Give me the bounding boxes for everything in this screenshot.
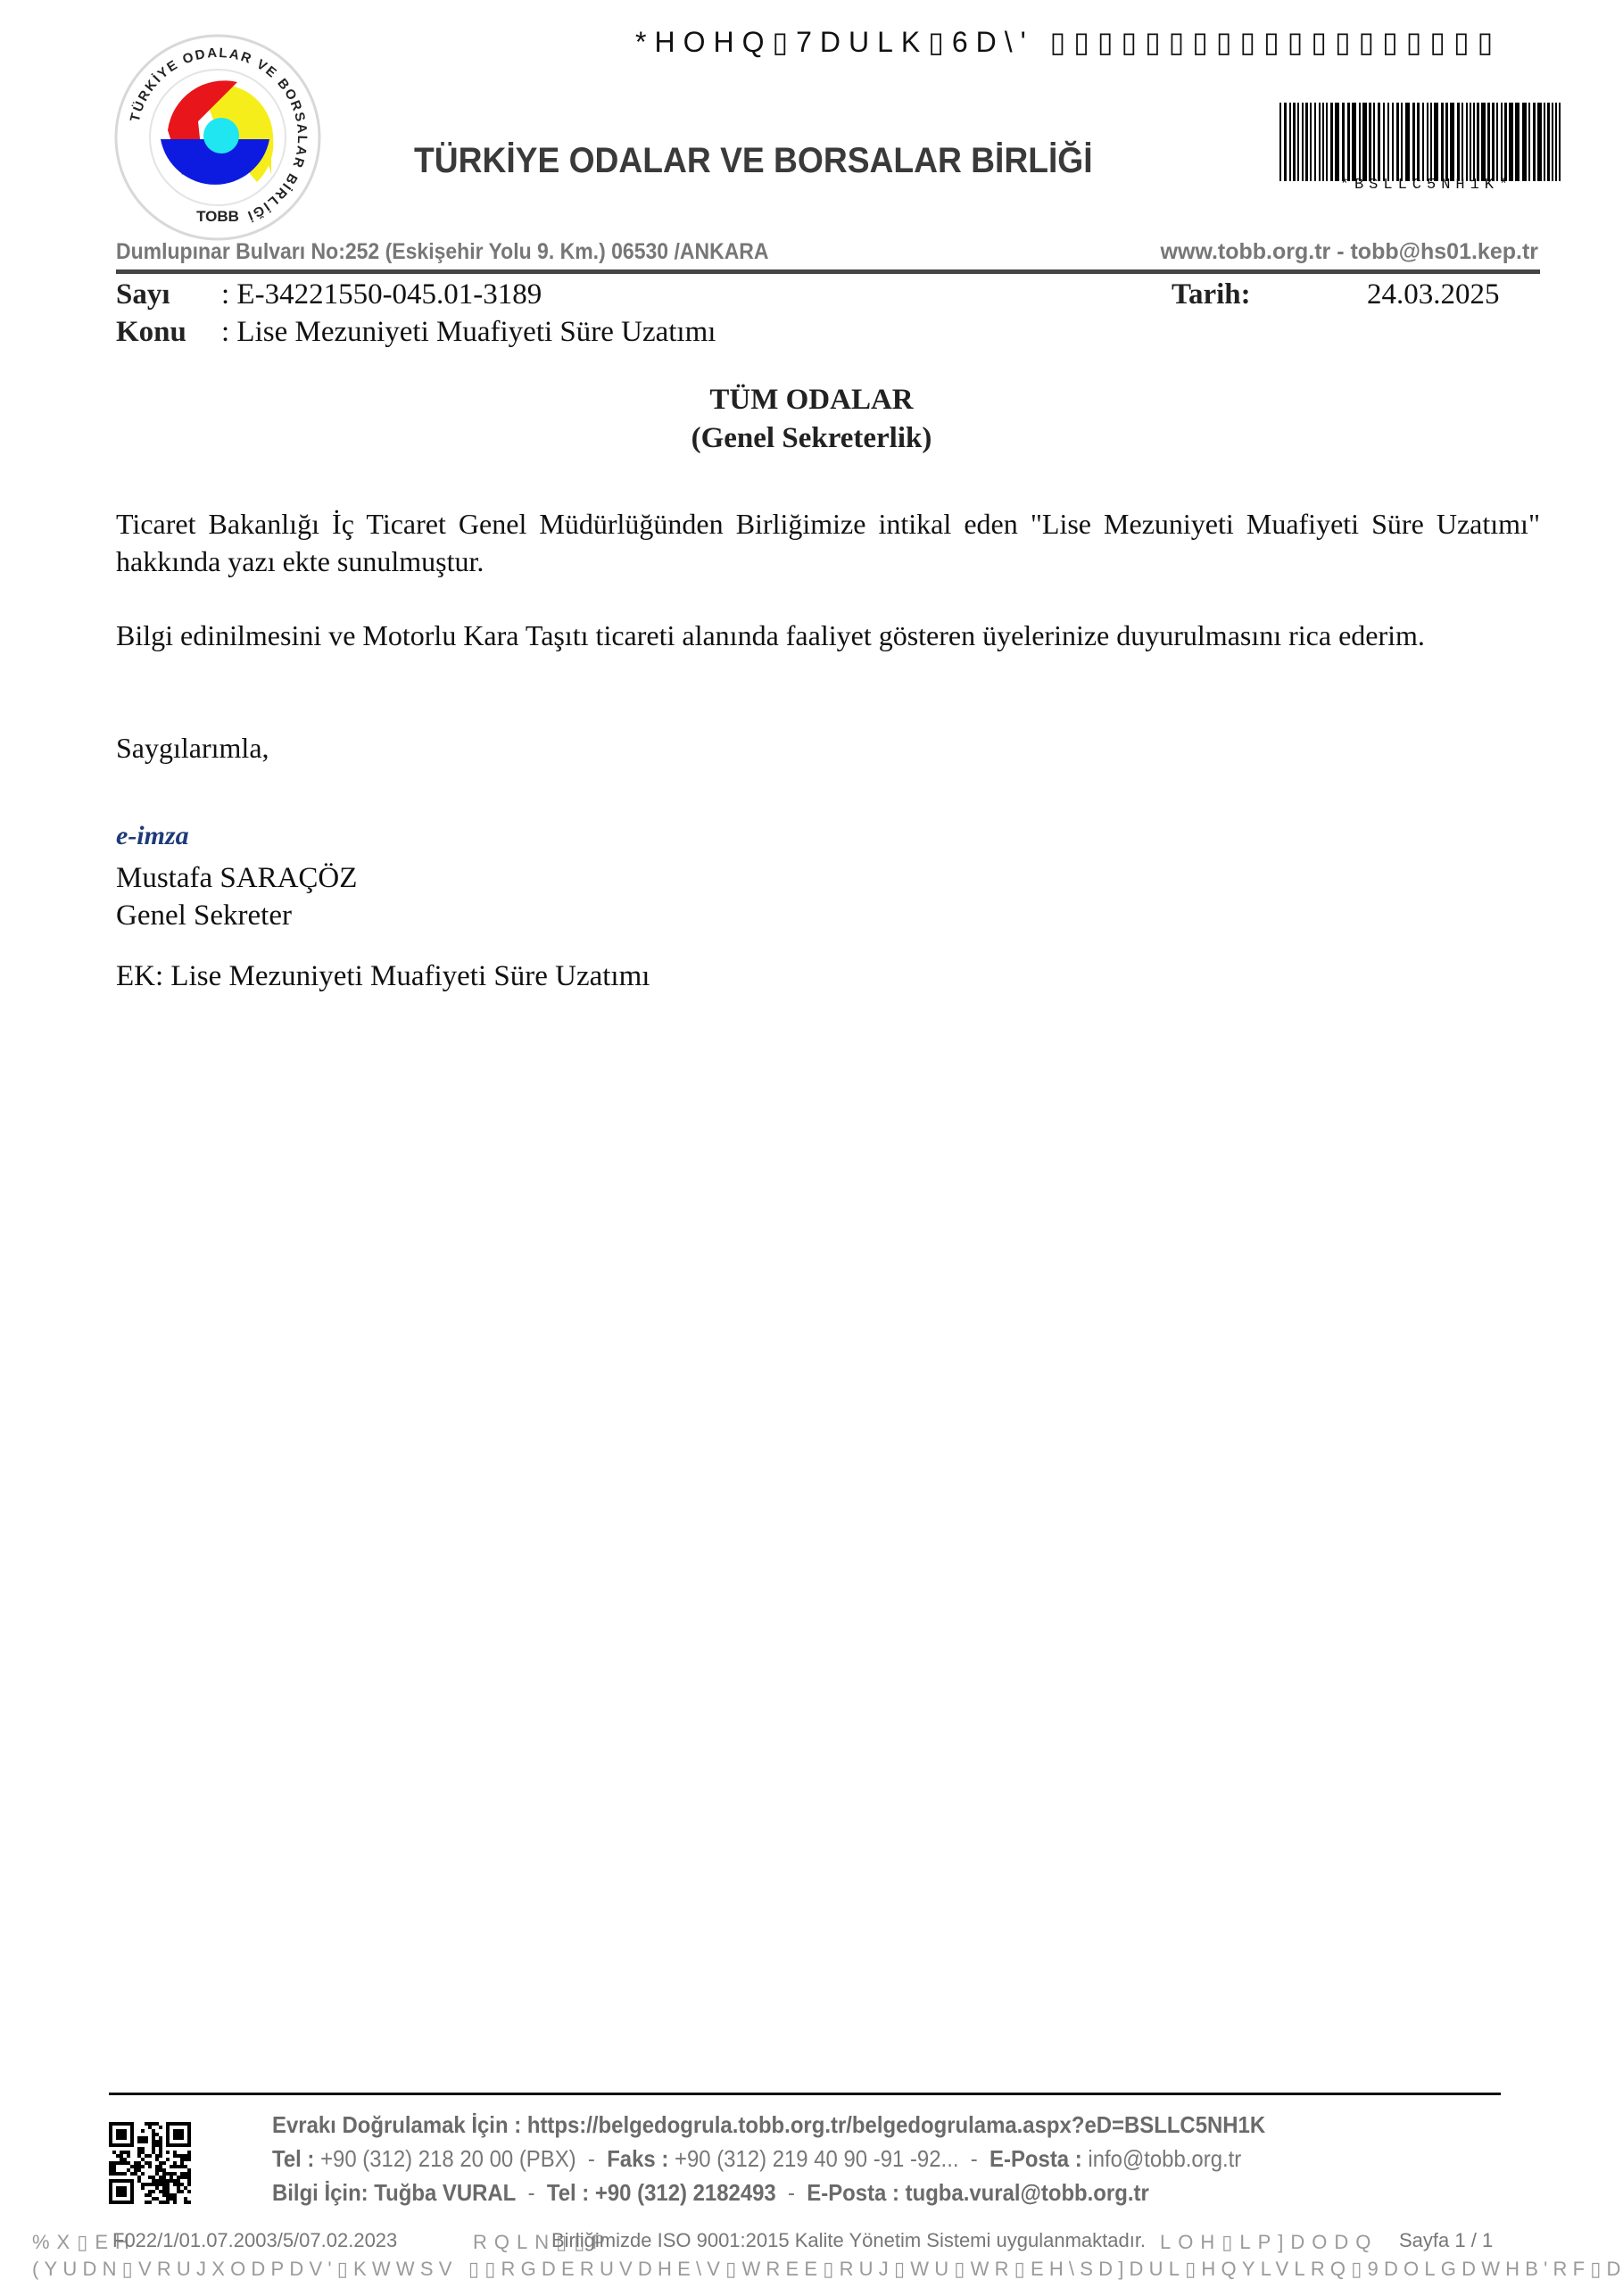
footer-divider <box>109 2093 1501 2095</box>
address-line: Dumlupınar Bulvarı No:252 (Eskişehir Yol… <box>116 239 769 265</box>
form-code: F022/1/01.07.2003/5/07.02.2023 <box>112 2229 397 2252</box>
info-email[interactable]: tugba.vural@tobb.org.tr <box>906 2179 1149 2206</box>
tarih-value: 24.03.2025 <box>1367 278 1500 311</box>
tel-label: Tel : <box>272 2145 314 2172</box>
tel-value: +90 (312) 218 20 00 (PBX) <box>320 2145 576 2172</box>
attachment-line: EK: Lise Mezuniyeti Muafiyeti Süre Uzatı… <box>116 960 650 993</box>
barcode-icon <box>1279 103 1565 181</box>
qr-code-icon <box>109 2122 191 2204</box>
addressee-line-1: TÜM ODALAR <box>0 384 1623 417</box>
closing-text: Saygılarımla, <box>116 729 1540 767</box>
info-email-label: E-Posta : <box>807 2179 899 2206</box>
body-paragraph-1: Ticaret Bakanlığı İç Ticaret Genel Müdür… <box>116 505 1540 580</box>
body-paragraph-2: Bilgi edinilmesini ve Motorlu Kara Taşıt… <box>116 617 1540 654</box>
iso-statement: Birliğimizde ISO 9001:2015 Kalite Yöneti… <box>551 2229 1146 2252</box>
email-label: E-Posta : <box>990 2145 1082 2172</box>
tarih-label: Tarih: <box>1172 278 1251 311</box>
ghost-text-2: (YUDN▯VRUJXODPDV'▯KWWSV ▯▯RGDERUVDHE\V▯W… <box>32 2258 1623 2281</box>
addressee-line-2: (Genel Sekreterlik) <box>0 422 1623 455</box>
verify-label: Evrakı Doğrulamak İçin : <box>272 2111 521 2138</box>
konu-label: Konu <box>116 316 186 349</box>
fax-label: Faks : <box>607 2145 668 2172</box>
barcode-text: *BSLLC5NH1K* <box>1285 177 1569 194</box>
fax-value: +90 (312) 219 40 90 -91 -92... <box>675 2145 959 2172</box>
organization-title: TÜRKİYE ODALAR VE BORSALAR BİRLİĞİ <box>414 141 1093 181</box>
signer-name: Mustafa SARAÇÖZ <box>116 862 357 895</box>
ghost-text-1c: LOH▯LP]DODQ <box>1160 2231 1378 2254</box>
e-signature-mark: e-imza <box>116 821 189 851</box>
info-contact: Bilgi İçin: Tuğba VURAL <box>272 2179 516 2206</box>
tobb-logo-icon: TÜRKİYE ODALAR VE BORSALAR BİRLİĞİ TOBB <box>112 32 323 243</box>
verify-line: Evrakı Doğrulamak İçin : https://belgedo… <box>272 2111 1265 2139</box>
header-divider <box>116 269 1540 274</box>
svg-text:TOBB: TOBB <box>196 208 239 225</box>
garbled-stamp-text: *HOHQ▯7DULK▯6D\' ▯▯▯▯▯▯▯▯▯▯▯▯▯▯▯▯▯▯▯ <box>635 25 1501 59</box>
web-email-line[interactable]: www.tobb.org.tr - tobb@hs01.kep.tr <box>1161 239 1538 265</box>
verify-url[interactable]: https://belgedogrula.tobb.org.tr/belgedo… <box>527 2111 1265 2138</box>
page-number: Sayfa 1 / 1 <box>1399 2229 1493 2252</box>
sayi-value: : E-34221550-045.01-3189 <box>221 278 542 311</box>
info-line: Bilgi İçin: Tuğba VURAL - Tel : +90 (312… <box>272 2179 1149 2207</box>
konu-value: : Lise Mezuniyeti Muafiyeti Süre Uzatımı <box>221 316 716 349</box>
email-value[interactable]: info@tobb.org.tr <box>1088 2145 1241 2172</box>
info-tel: Tel : +90 (312) 2182493 <box>547 2179 776 2206</box>
contact-line: Tel : +90 (312) 218 20 00 (PBX) - Faks :… <box>272 2145 1241 2173</box>
sayi-label: Sayı <box>116 278 170 311</box>
signer-title: Genel Sekreter <box>116 899 292 932</box>
